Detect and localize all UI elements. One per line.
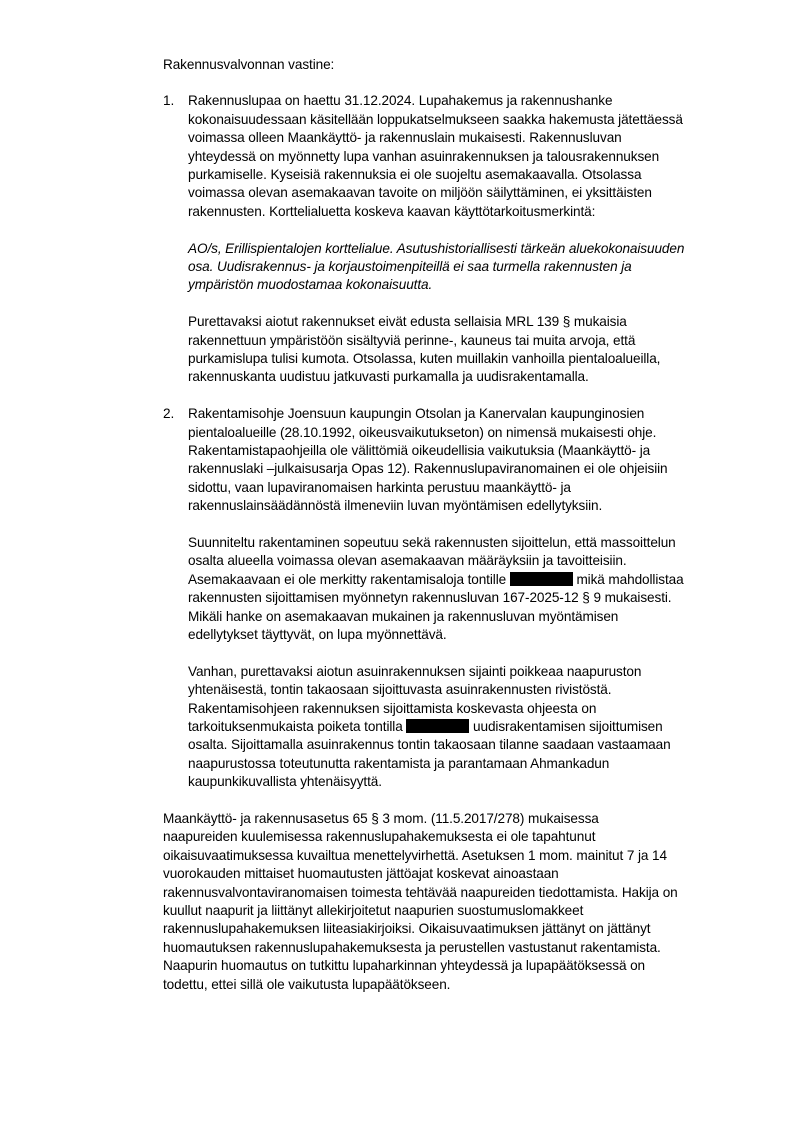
paragraph-line: Suunniteltu rakentaminen sopeutuu sekä r… xyxy=(188,534,676,552)
paragraph-line: rakennusten. Kortteli­aluetta koskeva ka… xyxy=(188,203,595,221)
closing-paragraph-line: oikaisuvaatimuksessa kuvailtua menettely… xyxy=(163,847,667,865)
list-number: 2. xyxy=(163,405,174,423)
paragraph-line: rakennuskanta uudistuu jatkuvasti purkam… xyxy=(188,368,589,386)
paragraph-line: osalta. Sijoittamalla asuinrakennus tont… xyxy=(188,736,671,754)
document-page: Rakennusvalvonnan vastine:1.Rakennuslupa… xyxy=(0,0,794,1122)
closing-paragraph-line: Maankäyttö- ja rakennusasetus 65 § 3 mom… xyxy=(163,810,599,828)
paragraph-line: Vanhan, purettavaksi aiotun asuinrakennu… xyxy=(188,663,641,681)
closing-paragraph-line: huomautuksen rakennuslupahakemuksesta ja… xyxy=(163,939,661,957)
paragraph-line: pientaloalueille (28.10.1992, oikeusvaik… xyxy=(188,424,656,442)
paragraph-line: Rakentamisohjeen rakennuksen sijoittamis… xyxy=(188,700,596,718)
closing-paragraph-line: rakennusvalvontaviranomaisen toimesta te… xyxy=(163,884,678,902)
paragraph-line: Rakennuslupaa on haettu 31.12.2024. Lupa… xyxy=(188,92,612,110)
paragraph-line: kokonaisuudessaan käsitellään loppukatse… xyxy=(188,111,683,129)
paragraph-line: osalta alueella voimassa olevan asemakaa… xyxy=(188,552,627,570)
paragraph-line: voimassa olevan asemakaavan tavoite on m… xyxy=(188,184,652,202)
redaction-box xyxy=(406,719,469,733)
paragraph-line: rakennusten sijoittamisen myönnetyn rake… xyxy=(188,589,671,607)
closing-paragraph-line: todettu, ettei sillä ole vaikutusta lupa… xyxy=(163,976,450,994)
closing-paragraph-line: vuorokauden mittaiset huomautusten jättö… xyxy=(163,865,559,883)
paragraph-line: Purettavaksi aiotut rakennukset eivät ed… xyxy=(188,313,627,331)
paragraph-line: purkamislupa tulisi kumota. Otsolassa, k… xyxy=(188,350,660,368)
document-heading: Rakennusvalvonnan vastine: xyxy=(163,56,334,74)
paragraph-line: voimassa olleen Maankäyttö- ja rakennusl… xyxy=(188,129,622,147)
closing-paragraph-line: kuullut naapurit ja liittänyt allekirjoi… xyxy=(163,902,583,920)
paragraph-line: Rakentamisohje Joensuun kaupungin Otsola… xyxy=(188,405,644,423)
paragraph-line: tarkoituksenmukaista poiketa tontilla uu… xyxy=(188,718,663,736)
paragraph-line: naapurustossa toteutunutta rakentamista … xyxy=(188,755,609,773)
paragraph-line: Mikäli hanke on asemakaavan mukainen ja … xyxy=(188,608,618,626)
paragraph-line: rakennuslaki –julkaisusarja Opas 12). Ra… xyxy=(188,460,668,478)
paragraph-line: rakennuslainsäädännöstä ilmeneviin luvan… xyxy=(188,497,602,515)
zoning-quote-line: ympäristön muodostamaa kokonaisuutta. xyxy=(188,276,432,294)
paragraph-line: rakennettuun ympäristöön sisältyviä peri… xyxy=(188,332,635,350)
paragraph-line: Rakentamistapaohjeilla ole välittömiä oi… xyxy=(188,442,650,460)
list-number: 1. xyxy=(163,92,174,110)
redaction-box xyxy=(510,572,573,586)
zoning-quote-line: AO/s, Erillispientalojen korttelialue. A… xyxy=(188,240,684,258)
paragraph-line: edellytykset täyttyvät, on lupa myönnett… xyxy=(188,626,447,644)
closing-paragraph-line: naapureiden kuulemisessa rakennuslupahak… xyxy=(163,828,595,846)
closing-paragraph-line: rakennuslupahakemuksen liiteasiakirjoiks… xyxy=(163,920,650,938)
paragraph-line: Asemakaavaan ei ole merkitty rakentamisa… xyxy=(188,571,684,589)
paragraph-line: sidottu, vaan lupaviranomaisen harkinta … xyxy=(188,479,571,497)
paragraph-line: yhtenäisestä, tontin takaosaan sijoittuv… xyxy=(188,681,611,699)
paragraph-line: yhteydessä on myönnetty lupa vanhan asui… xyxy=(188,148,659,166)
zoning-quote-line: osa. Uudisrakennus- ja korjaustoimenpite… xyxy=(188,258,632,276)
closing-paragraph-line: Naapurin huomautus on tutkittu lupaharki… xyxy=(163,957,645,975)
paragraph-line: purkamiselle. Kyseisiä rakennuksia ei ol… xyxy=(188,166,641,184)
paragraph-line: kaupunkikuvallista yhtenäisyyttä. xyxy=(188,773,382,791)
